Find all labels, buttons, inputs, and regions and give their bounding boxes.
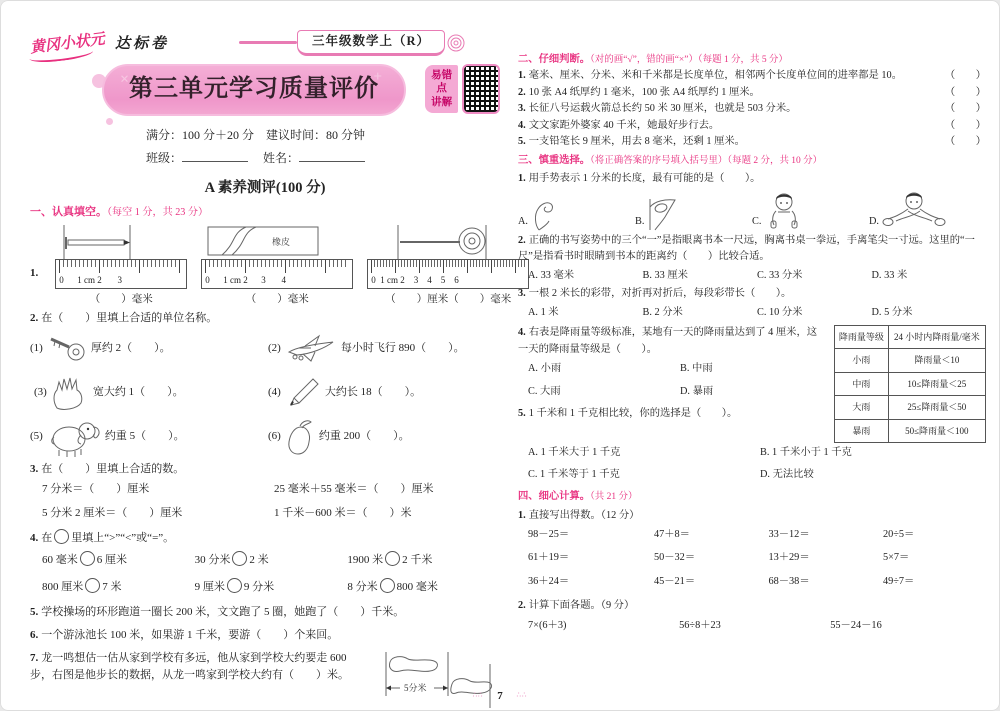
rain-level: 暴雨 [835,419,889,442]
compare-left: 1900 米 [347,554,383,566]
class-blank [182,149,248,162]
section1-heading: 一、认真填空。（每空 1 分，共 23 分） [30,204,500,221]
rainfall-row-storm: 暴雨 50≤降雨量＜100 [835,419,986,442]
choice5-number: 5. [518,408,526,419]
judge-text: 5.一支铅笔长 9 厘米，用去 8 毫米，还剩 1 厘米。 [518,134,942,150]
compare-right: 6 厘米 [97,554,127,566]
unit-item-plane: (2) 每小时飞行 890（ ）。 [268,327,500,371]
calc1-text: 直接写出得数。（12 分） [529,510,640,521]
compare-left: 30 分米 [195,554,231,566]
ruler-1-answer-blank: （ ）毫米 [90,292,153,308]
compare-circle [85,578,100,593]
class-name-line: 班级： 姓名： [108,149,403,168]
decor-plus: + [373,66,382,89]
rainfall-header-row: 降雨量等级 24 小时内降雨量/毫米 [835,326,986,349]
option-c: C. 10 分米 [757,305,872,321]
qr-block: 易错点 讲解 [425,64,500,114]
compare-circle [54,529,69,544]
choice5-text: 1 千米和 1 千克相比较，你的选择是（ ）。 [529,408,738,419]
ruler-2-numbers: 0 1 cm 2 3 4 [205,274,352,288]
hand-span-gesture-icon [647,197,681,231]
option-c: C. 33 分米 [757,268,872,284]
conversion-item: 1 千米－600 米＝（ ）米 [274,505,500,522]
choice4-text: 右表是降雨量等级标准，某地有一天的降雨量达到了 4 厘米，这一天的降雨量等级是（… [518,327,817,354]
judge-answer-bracket: （ ） [942,134,986,150]
question1-number: 1. [30,265,38,308]
unit-item-hand: (3) 宽大约 1（ ）。 [30,371,262,415]
option-label: D. [869,214,879,230]
ruler-3-answer-blank: （ ）厘米（ ）毫米 [385,292,511,308]
choice1-number: 1. [518,173,526,184]
question7-text: 龙一鸣想估一估从家到学校有多远，他从家到学校大约要走 600 步，右图是他步长的… [30,652,349,681]
question2: 2.在（ ）里填上合适的单位名称。 [30,310,500,327]
section3-title: 三、慎重选择。 [518,155,590,166]
judge-statement: 毫米、厘米、分米、米和千米都是长度单位，相邻两个长度单位间的进率都是 10。 [529,70,902,81]
judge-text: 4.文文家距外婆家 40 千米，她最好步行去。 [518,118,942,134]
calc-expression: 36＋24＝ [528,574,654,590]
calc-expression: 55－24－16 [830,618,981,634]
rainfall-col2-header: 24 小时内降雨量/毫米 [888,326,985,349]
left-column: 黄冈小状元 达标卷 三年级数学上（R） × 第三单元学习质量评价 + 易错点 [30,26,500,711]
qr-code [462,64,500,114]
option-label: A. [518,214,528,230]
calc-expression: 47＋8＝ [654,527,769,543]
ruler-cm-ticks [371,260,525,273]
rainfall-table: 降雨量等级 24 小时内降雨量/毫米 小雨 降雨量＜10 中雨 10≤降雨量＜2… [834,325,986,443]
ruler-eraser-block: 橡皮 0 1 cm 2 3 4 （ ）毫米 [201,225,353,308]
calc-question2: 2.计算下面各题。（9 分） [518,598,986,614]
calc-expression: 5×7＝ [883,550,986,566]
choice1-text: 用手势表示 1 分米的长度，最有可能的是（ ）。 [529,173,761,184]
name-blank [299,149,365,162]
rain-range: 降雨量＜10 [888,349,985,372]
judge-number: 2. [518,87,526,98]
rainfall-row-heavy: 大雨 25≤降雨量＜50 [835,396,986,419]
item-text: 约重 200（ ）。 [319,428,410,445]
decor-cross: × [120,68,129,93]
question3-text: 在（ ）里填上合适的数。 [41,463,184,475]
item-text: 厚约 2（ ）。 [91,340,171,357]
compare-circle [232,551,247,566]
footer-ornament-left: ∴∴ [473,691,484,699]
hand-icon [51,376,89,410]
calc-expression: 45－21＝ [654,574,769,590]
section1-title: 一、认真填空。 [30,206,107,218]
choice-question5: 5.1 千米和 1 千克相比较，你的选择是（ ）。 [518,406,826,422]
brand-row: 黄冈小状元 达标卷 三年级数学上（R） [30,26,500,56]
judge-text: 2.10 张 A4 纸厚约 1 毫米，100 张 A4 纸厚约 1 厘米。 [518,85,942,101]
compare-left: 800 厘米 [42,581,83,593]
item-number: (3) [34,384,47,401]
ruler-2: 0 1 cm 2 3 4 [201,259,353,289]
calc-expression: 98－25＝ [528,527,654,543]
calc-expression: 7×(6＋3) [528,618,679,634]
choice-question1: 1.用手势表示 1 分米的长度，最有可能的是（ ）。 [518,171,986,187]
class-label: 班级： [146,151,182,165]
qr-caption-line2: 讲解 [431,97,452,108]
item-number: (2) [268,340,281,357]
option-a: A. 小雨 [528,361,674,377]
pencil-icon [285,377,321,409]
compare-right: 800 毫米 [397,581,438,593]
score-info: 满分：100 分＋20 分 建议时间：80 分钟 [108,126,403,145]
judge-number: 1. [518,70,526,81]
judge-item-4: 4.文文家距外婆家 40 千米，她最好步行去。 （ ） [518,118,986,134]
compare-item: 1900 米2 千米 [347,551,500,569]
option-d: D. 33 米 [872,268,987,284]
eraser-icon: 橡皮 [202,225,352,259]
compare-right: 7 米 [102,581,121,593]
page-title: 第三单元学习质量评价 [129,71,379,108]
section2-heading: 二、仔细判断。（对的画“√”，错的画“×”）（每题 1 分，共 5 分） [518,52,986,68]
compare-item: 8 分米800 毫米 [347,578,500,596]
written-calculation-row: 7×(6＋3) 56÷8＋23 55－24－16 [518,618,986,634]
option-a: A. 33 毫米 [528,268,643,284]
pear-icon [285,418,315,456]
calc-expression: 56÷8＋23 [679,618,830,634]
page-footer: ∴∴ 7 ∴∴ [0,687,1000,703]
question2-number: 2. [30,312,38,324]
rain-level: 大雨 [835,396,889,419]
unit-item-key: (1) 厚约 2（ ）。 [30,327,262,371]
choice2-options: A. 33 毫米 B. 33 厘米 C. 33 分米 D. 33 米 [518,268,986,284]
question4: 4.在里填上“>”“<”或“=”。 [30,529,500,547]
compare-item: 9 厘米9 分米 [195,578,348,596]
judge-answer-bracket: （ ） [942,85,986,101]
brand-logo: 黄冈小状元 [29,28,106,60]
option-b: B. 中雨 [680,361,826,377]
eraser-label: 橡皮 [272,236,290,247]
judge-statement: 10 张 A4 纸厚约 1 毫米，100 张 A4 纸厚约 1 厘米。 [529,87,760,98]
option-d: D. 无法比较 [760,467,986,483]
compare-circle [385,551,400,566]
calc-expression: 61＋19＝ [528,550,654,566]
judge-text: 1.毫米、厘米、分米、米和千米都是长度单位，相邻两个长度单位间的进率都是 10。 [518,68,942,84]
section3-score: （将正确答案的序号填入括号里）（每题 2 分，共 10 分） [590,156,822,166]
rainfall-col1-header: 降雨量等级 [835,326,889,349]
option-a: A. 1 米 [528,305,643,321]
ruler-cm-ticks [205,260,349,273]
judge-number: 4. [518,120,526,131]
brand-series-label: 达标卷 [115,33,169,56]
choice3-options: A. 1 米 B. 2 分米 C. 10 分米 D. 5 分米 [518,305,986,321]
calc-expression: 20÷5＝ [883,527,986,543]
item-text: 大约长 18（ ）。 [325,384,421,401]
name-label: 姓名： [263,151,299,165]
item-number: (1) [30,340,43,357]
section4-score: （共 21 分） [590,492,637,502]
elephant-icon [47,417,101,457]
calc2-text: 计算下面各题。（9 分） [529,600,635,611]
edition-banner-line [239,41,297,44]
choice5-options: A. 1 千米大于 1 千克 B. 1 千米小于 1 千克 C. 1 千米等于 … [518,445,986,483]
lollipop-icon [368,225,528,259]
option-c: C. [752,191,869,231]
option-b: B. 33 厘米 [643,268,758,284]
compare-circle [227,578,242,593]
compare-circle [380,578,395,593]
question4-text-pre: 在 [41,532,52,544]
calc-expression: 50－32＝ [654,550,769,566]
option-a: A. [518,191,635,231]
edition-banner: 三年级数学上（R） [239,30,467,56]
calc1-number: 1. [518,510,526,521]
ruler-nail-block: 0 1 cm 2 3 （ ）毫米 [55,225,187,308]
conversion-item: 5 分米 2 厘米＝（ ）厘米 [42,505,268,522]
compare-left: 8 分米 [347,581,377,593]
page-number: 7 [497,690,503,702]
qr-caption-line1: 易错点 [431,70,452,94]
option-a: A. 1 千米大于 1 千克 [528,445,754,461]
question5-text: 学校操场的环形跑道一圈长 200 米，文文跑了 5 圈，她跑了（ ）千米。 [41,606,404,618]
decor-dot [106,118,113,125]
unit-item-pencil: (4) 大约长 18（ ）。 [268,371,500,415]
choice4-number: 4. [518,327,526,338]
unit-item-pear: (6) 约重 200（ ）。 [268,415,500,459]
judge-item-3: 3.长征八号运载火箭总长约 50 米 30 厘米，也就是 503 分米。 （ ） [518,101,986,117]
section1-score: （每空 1 分，共 23 分） [107,207,208,218]
compare-right: 9 分米 [244,581,274,593]
boy-arms-spread-icon [882,191,946,231]
conversion-item: 7 分米＝（ ）厘米 [42,481,268,498]
question4-items: 60 毫米6 厘米 30 分米2 米 1900 米2 千米 800 厘米7 米 … [30,551,500,596]
choice4-left: 4.右表是降雨量等级标准，某地有一天的降雨量达到了 4 厘米，这一天的降雨量等级… [518,323,826,443]
option-b: B. [635,191,752,231]
judge-item-1: 1.毫米、厘米、分米、米和千米都是长度单位，相邻两个长度单位间的进率都是 10。… [518,68,986,84]
unit-title-banner: × 第三单元学习质量评价 + [102,64,406,116]
choice3-text: 一根 2 米长的彩带，对折再对折后，每段彩带长（ ）。 [529,288,792,299]
choice-question2: 2.正确的书写姿势中的三个“一”是指眼离书本一尺远，胸离书桌一拳远，手离笔尖一寸… [518,233,986,266]
option-b: B. 2 分米 [643,305,758,321]
pinch-gesture-icon [531,197,557,231]
question7-number: 7. [30,652,38,664]
footer-ornament-right: ∴∴ [517,691,528,699]
question3-number: 3. [30,463,38,475]
judge-statement: 长征八号运载火箭总长约 50 米 30 厘米，也就是 503 分米。 [529,103,797,114]
item-number: (6) [268,428,281,445]
compare-right: 2 米 [249,554,268,566]
compare-item: 60 毫米6 厘米 [42,551,195,569]
question4-number: 4. [30,532,38,544]
right-column: 二、仔细判断。（对的画“√”，错的画“×”）（每题 1 分，共 5 分） 1.毫… [518,50,986,634]
ruler-lollipop-block: 0 1 cm 2 3 4 5 6 （ ）厘米（ ）毫米 [367,225,529,308]
calc-expression: 68－38＝ [768,574,883,590]
section2-title: 二、仔细判断。 [518,54,590,65]
calc2-number: 2. [518,600,526,611]
rain-range: 50≤降雨量＜100 [888,419,985,442]
rainfall-row-moderate: 中雨 10≤降雨量＜25 [835,372,986,395]
choice2-number: 2. [518,235,526,246]
rain-level: 中雨 [835,372,889,395]
rain-level: 小雨 [835,349,889,372]
question1-rulers: 1. 0 1 cm 2 3 （ ）毫米 [30,225,500,308]
rain-range: 25≤降雨量＜50 [888,396,985,419]
item-number: (4) [268,384,281,401]
judge-number: 3. [518,103,526,114]
section4-title: 四、细心计算。 [518,491,590,502]
section3-heading: 三、慎重选择。（将正确答案的序号填入括号里）（每题 2 分，共 10 分） [518,153,986,169]
calc-expression: 49÷7＝ [883,574,986,590]
boy-hands-close-icon [764,191,804,231]
judge-statement: 文文家距外婆家 40 千米，她最好步行去。 [529,120,720,131]
question6-number: 6. [30,629,38,641]
item-text: 约重 5（ ）。 [105,428,185,445]
judge-item-5: 5.一支铅笔长 9 厘米，用去 8 毫米，还剩 1 厘米。 （ ） [518,134,986,150]
ruler-1-numbers: 0 1 cm 2 3 [59,274,186,288]
judge-item-2: 2.10 张 A4 纸厚约 1 毫米，100 张 A4 纸厚约 1 厘米。 （ … [518,85,986,101]
qr-caption: 易错点 讲解 [425,65,458,112]
calc-expression: 33－12＝ [768,527,883,543]
question3-items: 7 分米＝（ ）厘米 25 毫米＋55 毫米＝（ ）厘米 5 分米 2 厘米＝（… [30,481,500,522]
calc-expression: 13＋29＝ [768,550,883,566]
compare-item: 800 厘米7 米 [42,578,195,596]
section4-heading: 四、细心计算。（共 21 分） [518,489,986,505]
part-a-title-text: A 素养测评(100 分) [205,180,326,196]
oral-calculation-grid: 98－25＝ 47＋8＝ 33－12＝ 20÷5＝ 61＋19＝ 50－32＝ … [518,527,986,590]
choice3-number: 3. [518,288,526,299]
item-text: 宽大约 1（ ）。 [93,384,184,401]
judge-answer-bracket: （ ） [942,118,986,134]
option-d: D. 暴雨 [680,384,826,400]
question6-text: 一个游泳池长 100 米，如果游 1 千米，要游（ ）个来回。 [41,629,338,641]
compare-item: 30 分米2 米 [195,551,348,569]
option-label: C. [752,214,761,230]
compare-left: 9 厘米 [195,581,225,593]
conversion-item: 25 毫米＋55 毫米＝（ ）厘米 [274,481,500,498]
judge-text: 3.长征八号运载火箭总长约 50 米 30 厘米，也就是 503 分米。 [518,101,942,117]
nail-icon [56,225,186,259]
choice2-text: 正确的书写姿势中的三个“一”是指眼离书本一尺远，胸离书桌一拳远，手离笔尖一寸远。… [518,235,975,262]
item-text: 每小时飞行 890（ ）。 [341,340,465,357]
snail-spiral-icon [445,32,467,54]
question2-items: (1) 厚约 2（ ）。 (2) 每小时飞行 890（ ）。 [30,327,500,459]
exam-paper-page: 黄冈小状元 达标卷 三年级数学上（R） × 第三单元学习质量评价 + 易错点 [0,0,1000,711]
question2-text: 在（ ）里填上合适的单位名称。 [41,312,217,324]
question5: 5.学校操场的环形跑道一圈长 200 米，文文跑了 5 圈，她跑了（ ）千米。 [30,604,500,621]
item-number: (5) [30,428,43,445]
compare-right: 2 千米 [402,554,432,566]
option-c: C. 1 千米等于 1 千克 [528,467,754,483]
judge-number: 5. [518,136,526,147]
option-label: B. [635,214,644,230]
question4-text-post: 里填上“>”“<”或“=”。 [71,532,174,544]
rainfall-row-light: 小雨 降雨量＜10 [835,349,986,372]
option-d: D. [869,191,986,231]
ruler-1: 0 1 cm 2 3 [55,259,187,289]
ruler-3: 0 1 cm 2 3 4 5 6 [367,259,529,289]
key-icon [47,336,87,362]
section2-score: （对的画“√”，错的画“×”）（每题 1 分，共 5 分） [590,55,788,65]
judge-statement: 一支铅笔长 9 厘米，用去 8 毫米，还剩 1 厘米。 [529,136,745,147]
question5-number: 5. [30,606,38,618]
compare-circle [80,551,95,566]
choice-question3: 3.一根 2 米长的彩带，对折再对折后，每段彩带长（ ）。 [518,286,986,302]
rain-range: 10≤降雨量＜25 [888,372,985,395]
choice-question4: 4.右表是降雨量等级标准，某地有一天的降雨量达到了 4 厘米，这一天的降雨量等级… [518,325,826,358]
option-d: D. 5 分米 [872,305,987,321]
question3: 3.在（ ）里填上合适的数。 [30,461,500,478]
option-c: C. 大雨 [528,384,674,400]
judge-answer-bracket: （ ） [942,101,986,117]
calc-question1: 1.直接写出得数。（12 分） [518,508,986,524]
choice4-options: A. 小雨 B. 中雨 C. 大雨 D. 暴雨 [518,361,826,400]
compare-left: 60 毫米 [42,554,78,566]
ruler-cm-ticks [59,260,183,273]
question6: 6.一个游泳池长 100 米，如果游 1 千米，要游（ ）个来回。 [30,627,500,644]
ruler-2-answer-blank: （ ）毫米 [246,292,309,308]
choice1-options: A. B. C. [518,191,986,231]
edition-label: 三年级数学上（R） [297,30,445,56]
ruler-3-numbers: 0 1 cm 2 3 4 5 6 [371,274,528,288]
airplane-icon [285,334,337,364]
option-b: B. 1 千米小于 1 千克 [760,445,986,461]
unit-item-elephant: (5) 约重 5（ ）。 [30,415,262,459]
part-a-title: A 素养测评(100 分) [30,177,500,199]
choice-question4-block: 4.右表是降雨量等级标准，某地有一天的降雨量达到了 4 厘米，这一天的降雨量等级… [518,323,986,443]
judge-answer-bracket: （ ） [942,68,986,84]
